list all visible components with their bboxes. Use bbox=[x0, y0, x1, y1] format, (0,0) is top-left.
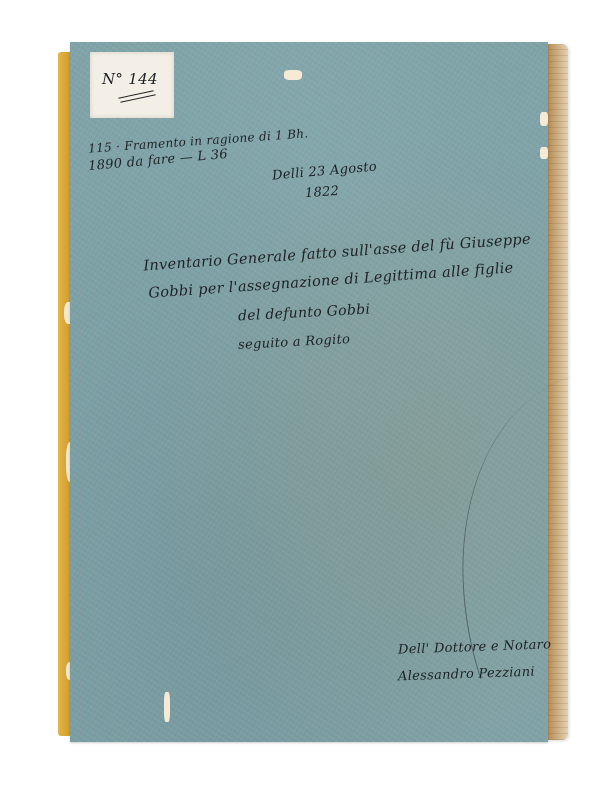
cover-crease bbox=[400, 376, 600, 679]
cover-tear bbox=[284, 70, 302, 80]
cover-tear bbox=[540, 147, 548, 159]
catalog-label: N° 144 bbox=[90, 52, 174, 118]
cover-tear bbox=[164, 692, 170, 722]
catalog-number: N° 144 bbox=[102, 70, 158, 88]
date-year: 1822 bbox=[305, 184, 340, 201]
cover-tear bbox=[540, 112, 548, 126]
